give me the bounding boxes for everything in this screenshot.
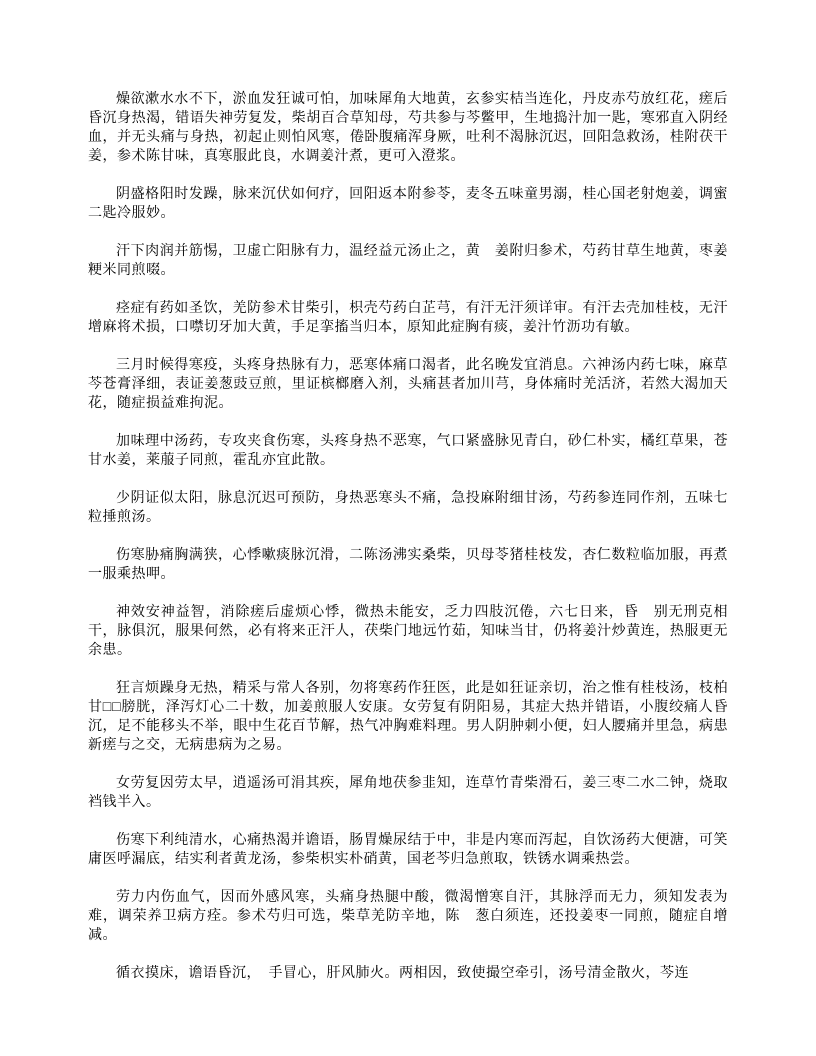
paragraph-2: 阴盛格阳时发躁，脉来沉伏如何疗，回阳返本附参苓，麦冬五味童男溺，桂心国老射炮姜，… xyxy=(88,185,728,223)
paragraph-4: 痉症有药如圣饮，羌防参术甘柴引，枳壳芍药白芷芎，有汗无汗须详审。有汗去壳加桂枝，… xyxy=(88,299,728,337)
paragraph-1: 燥欲漱水水不下，淤血发狂诚可怕，加味犀角大地黄，玄参实桔当连化，丹皮赤芍放红花，… xyxy=(88,90,728,166)
paragraph-9: 神效安神益智，消除瘥后虚烦心悸，微热未能安，乏力四肢沉倦，六七日来，昏 别无刑克… xyxy=(88,603,728,660)
document-page: 燥欲漱水水不下，淤血发狂诚可怕，加味犀角大地黄，玄参实桔当连化，丹皮赤芍放红花，… xyxy=(0,0,816,1056)
paragraph-14: 循衣摸床，谵语昏沉， 手冒心，肝风肺火。两相因，致使撮空牵引，汤号清金散火，芩连 xyxy=(88,964,728,983)
paragraph-12: 伤寒下利纯清水，心痛热渴并谵语，肠胃燥尿结于中，非是内寒而泻起，自饮汤药大便溏，… xyxy=(88,831,728,869)
paragraph-5: 三月时候得寒疫，头疼身热脉有力，恶寒体痛口渴者，此名晚发宜消息。六神汤内药七味，… xyxy=(88,356,728,413)
paragraph-8: 伤寒胁痛胸满狭，心悸嗽痰脉沉滑，二陈汤沸实桑柴，贝母苓猪桂枝发，杏仁数粒临加服，… xyxy=(88,546,728,584)
paragraph-13: 劳力内伤血气，因而外感风寒，头痛身热腿中酸，微渴憎寒自汗，其脉浮而无力，须知发表… xyxy=(88,888,728,945)
paragraph-3: 汗下肉润并筋惕，卫虚亡阳脉有力，温经益元汤止之，黄 姜附归参术，芍药甘草生地黄，… xyxy=(88,242,728,280)
paragraph-7: 少阴证似太阳，脉息沉迟可预防，身热恶寒头不痛，急投麻附细甘汤，芍药参连同作剂，五… xyxy=(88,489,728,527)
paragraph-11: 女劳复因劳太早，逍遥汤可涓其疾，犀角地茯参韭知，连草竹青柴滑石，姜三枣二水二钟，… xyxy=(88,774,728,812)
paragraph-6: 加味理中汤药，专攻夹食伤寒，头疼身热不恶寒，气口紧盛脉见青白，砂仁朴实，橘红草果… xyxy=(88,432,728,470)
paragraph-10: 狂言烦躁身无热，精采与常人各别，勿将寒药作狂医，此是如狂证亲切，治之惟有桂枝汤，… xyxy=(88,679,728,755)
